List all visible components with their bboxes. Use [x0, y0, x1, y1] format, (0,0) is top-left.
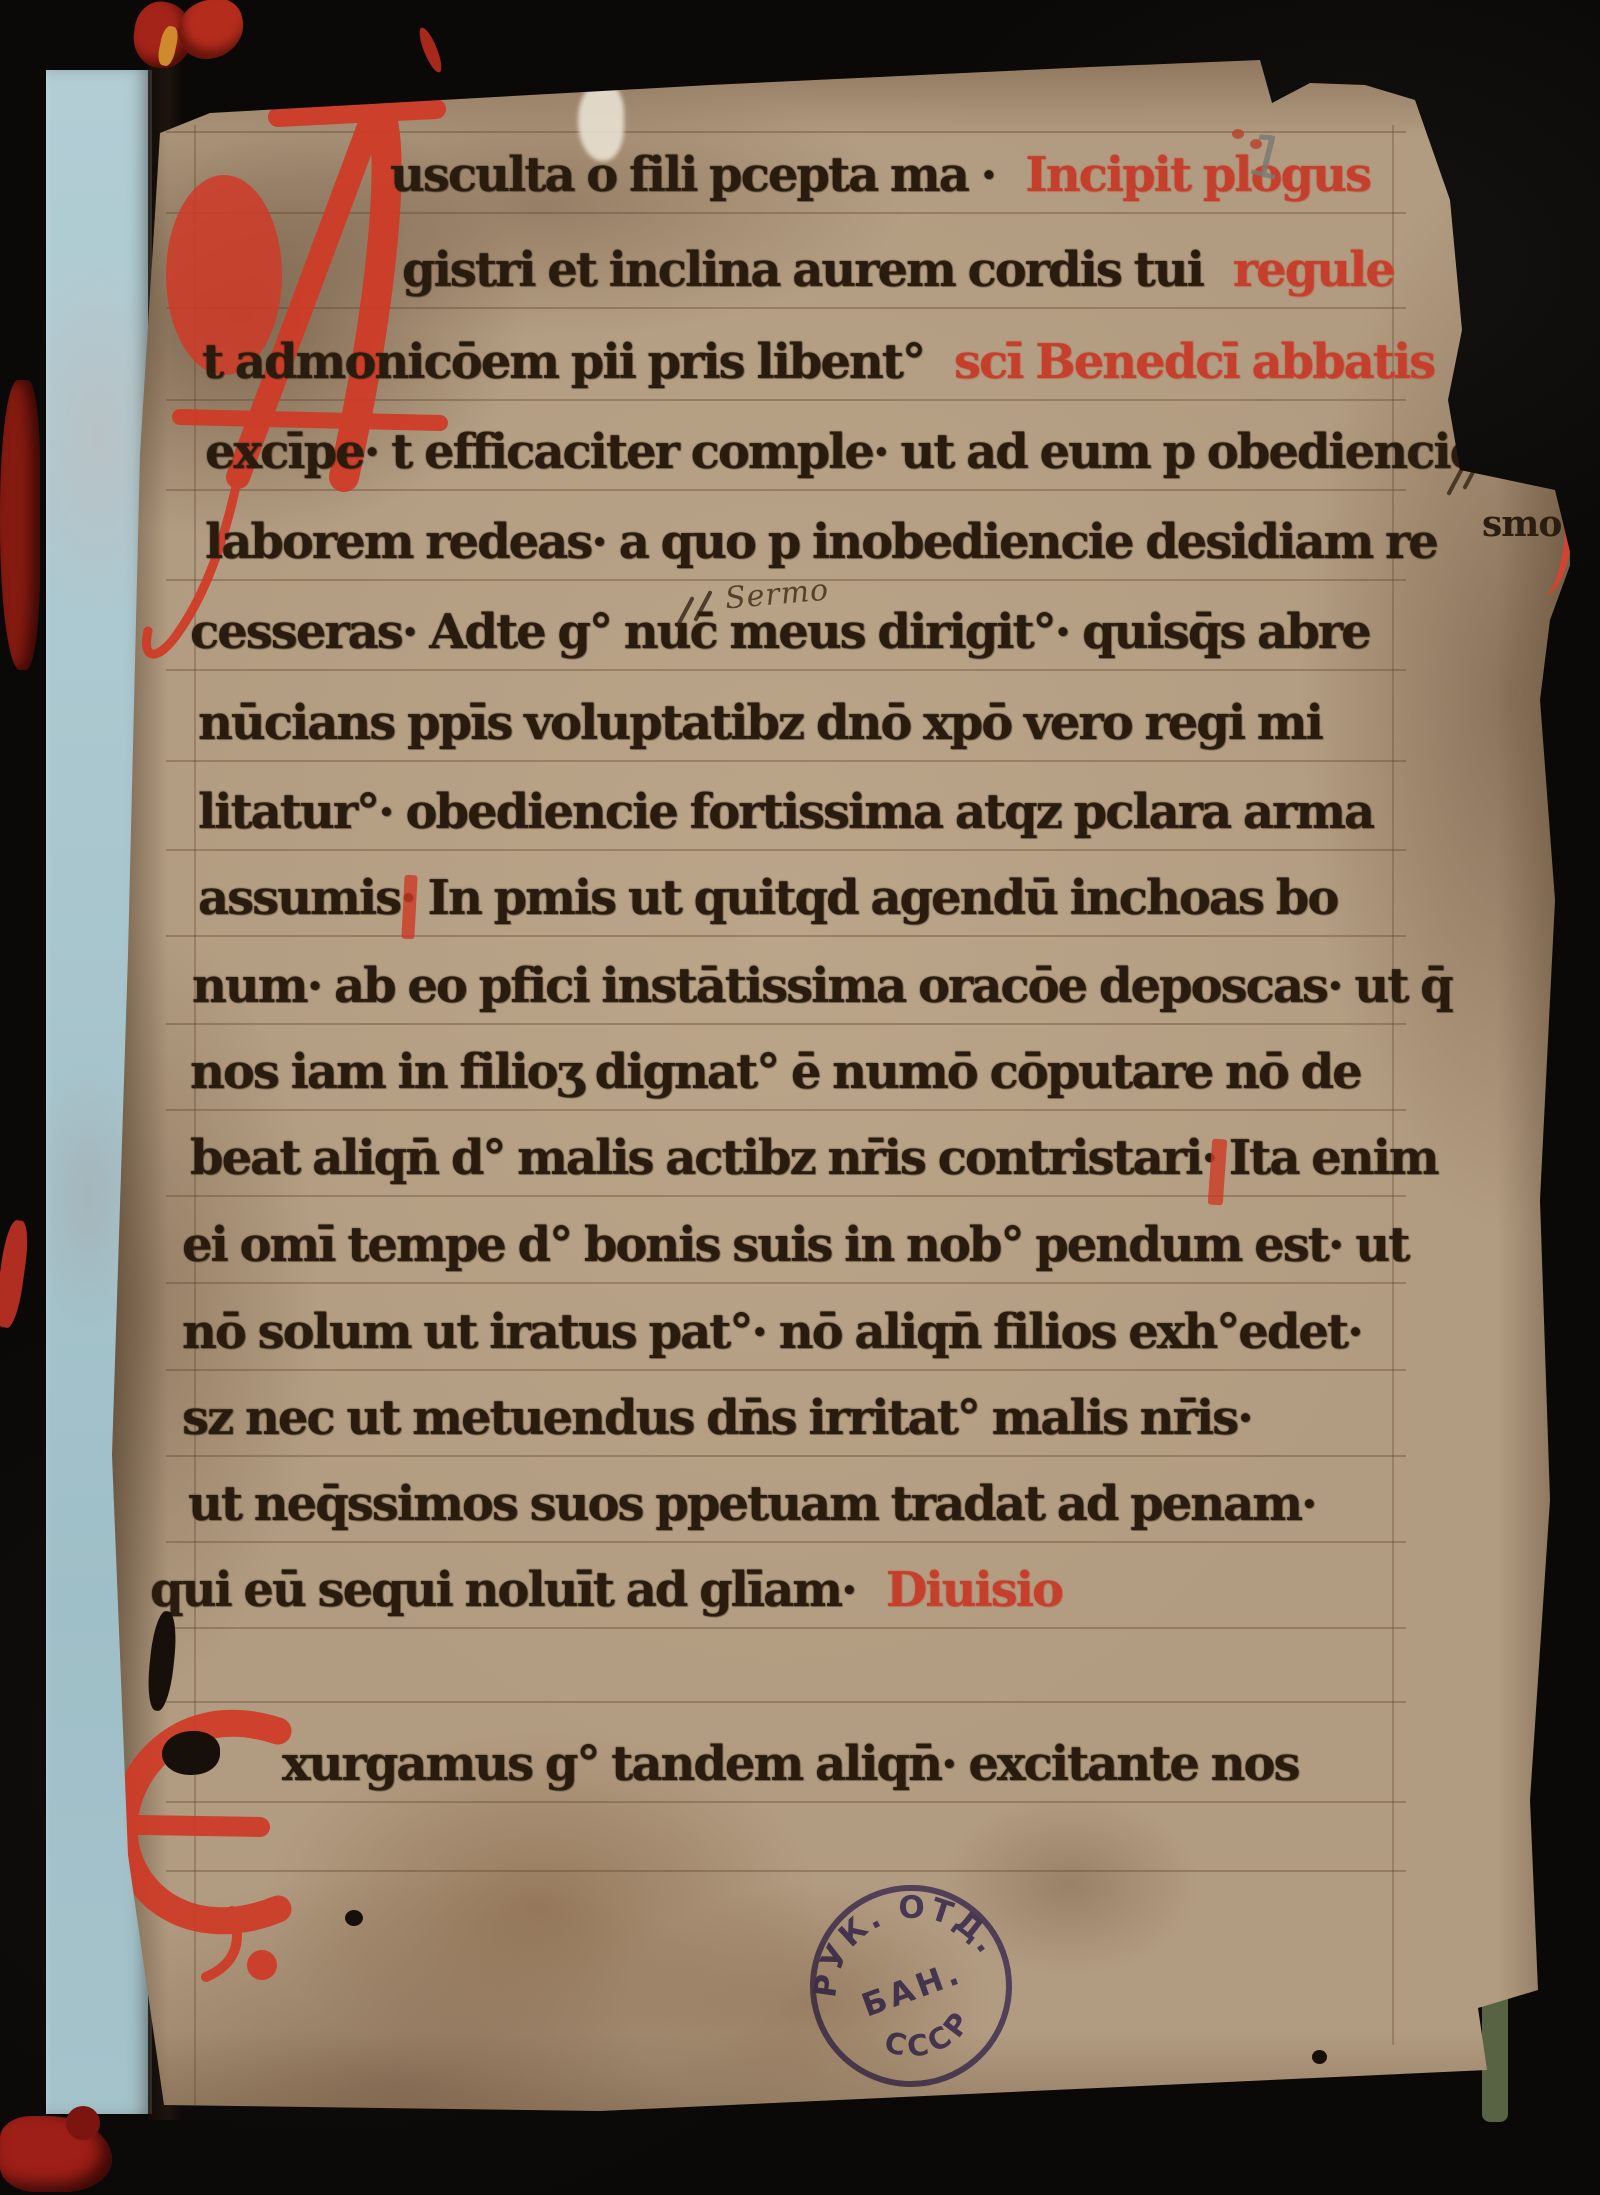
line-text: cesseras· Adte g° nuc̄ meus dirigit°· qu… [190, 607, 1370, 657]
line-text: ut neq̄ssimos suos ppetuam tradat ad pen… [188, 1479, 1316, 1529]
ruling-line [166, 935, 1406, 937]
line-text: beat aliqn̄ d° malis actibz nr̄is contri… [190, 1133, 1438, 1183]
manuscript-line: nūcians ppīs voluptatibz dnō xpō vero re… [198, 698, 1322, 748]
ink-dot [345, 1910, 363, 1926]
line-text: xurgamus g° tandem aliqn̄· excitante nos [282, 1739, 1299, 1789]
ruling-line [166, 1627, 1406, 1629]
endband-thread [66, 2106, 100, 2140]
line-text: t admonicōem pii pris libent° [202, 337, 924, 387]
manuscript-line: beat aliqn̄ d° malis actibz nr̄is contri… [190, 1133, 1438, 1183]
manuscript-line: nos iam in filioʒ dignat° ē numō cōputar… [190, 1047, 1361, 1097]
red-speck [1250, 139, 1262, 149]
paraph-mark [401, 875, 417, 940]
line-text: usculta o fili pcepta ma · [390, 150, 995, 200]
ink-blot [162, 1731, 220, 1775]
line-text: sz nec ut metuendus dn̄s irritat° malis … [182, 1393, 1252, 1443]
manuscript-line: ut neq̄ssimos suos ppetuam tradat ad pen… [188, 1479, 1316, 1529]
line-text: num· ab eo pfici instātissima oracōe dep… [192, 961, 1452, 1011]
manuscript-line: num· ab eo pfici instātissima oracōe dep… [192, 961, 1452, 1011]
ruling-line [166, 1455, 1406, 1457]
ruling-line [166, 1369, 1406, 1371]
manuscript-line: qui eū sequi noluīt ad glīam·Diuisio [150, 1565, 1062, 1615]
line-text: nūcians ppīs voluptatibz dnō xpō vero re… [198, 698, 1322, 748]
manuscript-line: gistri et inclina aurem cordis tuiregule [402, 245, 1394, 295]
red-speck [1232, 129, 1244, 139]
endband-tassel-top [126, 0, 276, 78]
red-wax-smear [0, 380, 40, 670]
manuscript-line: excīpe· t efficaciter comple· ut ad eum … [205, 427, 1478, 477]
library-stamp: РУК. ОТД. БАН. СССР [775, 1850, 1047, 2122]
line-text: assumis· In pmis ut quitqd agendū inchoa… [198, 873, 1337, 923]
margin-rule-right [1392, 125, 1394, 2045]
chalk-spot [578, 83, 624, 161]
line-text: qui eū sequi noluīt ad glīam· [150, 1565, 856, 1615]
line-rubric: Incipit plogus [1025, 150, 1370, 200]
line-text: excīpe· t efficaciter comple· ut ad eum … [205, 427, 1478, 477]
line-text: nō solum ut iratus pat°· nō aliqn̄ filio… [182, 1307, 1362, 1357]
line-rubric: regule [1233, 245, 1394, 295]
wormhole [1312, 2050, 1327, 2064]
manuscript-line: litatur°· obediencie fortissima atqz pcl… [198, 787, 1373, 837]
line-rubric: scī Benedcī abbatis [954, 337, 1434, 387]
manuscript-line: ei omī tempe d° bonis suis in nob° pendu… [182, 1220, 1408, 1270]
ruling-line [166, 1701, 1406, 1703]
ruling-line [166, 1109, 1406, 1111]
ruling-line [166, 1801, 1406, 1803]
ruling-line [166, 760, 1406, 762]
endband-tassel-bottom [0, 2106, 120, 2195]
manuscript-line: laborem redeas· a quo p inobediencie des… [205, 517, 1437, 567]
ruling-line [166, 1023, 1406, 1025]
line-text: ei omī tempe d° bonis suis in nob° pendu… [182, 1220, 1408, 1270]
line-rubric: Diuisio [886, 1565, 1062, 1615]
manuscript-line: t admonicōem pii pris libent°scī Benedcī… [202, 337, 1434, 387]
ruling-line [166, 849, 1406, 851]
line-text: laborem redeas· a quo p inobediencie des… [205, 517, 1437, 567]
line-text: gistri et inclina aurem cordis tui [402, 245, 1203, 295]
manuscript-line: cesseras· Adte g° nuc̄ meus dirigit°· qu… [190, 607, 1370, 657]
line-text: litatur°· obediencie fortissima atqz pcl… [198, 787, 1373, 837]
manuscript-line: usculta o fili pcepta ma ·Incipit plogus [390, 150, 1370, 200]
manuscript-line: assumis· In pmis ut quitqd agendū inchoa… [198, 873, 1337, 923]
manuscript-line: sz nec ut metuendus dn̄s irritat° malis … [182, 1393, 1252, 1443]
ruling-line [166, 1870, 1406, 1872]
line-text: nos iam in filioʒ dignat° ē numō cōputar… [190, 1047, 1361, 1097]
parchment-page: usculta o fili pcepta ma ·Incipit plogus… [110, 55, 1570, 2135]
manuscript-line: nō solum ut iratus pat°· nō aliqn̄ filio… [182, 1307, 1362, 1357]
manuscript-line: xurgamus g° tandem aliqn̄· excitante nos [282, 1739, 1299, 1789]
ruling-line [166, 1282, 1406, 1284]
ruling-line [166, 1541, 1406, 1543]
